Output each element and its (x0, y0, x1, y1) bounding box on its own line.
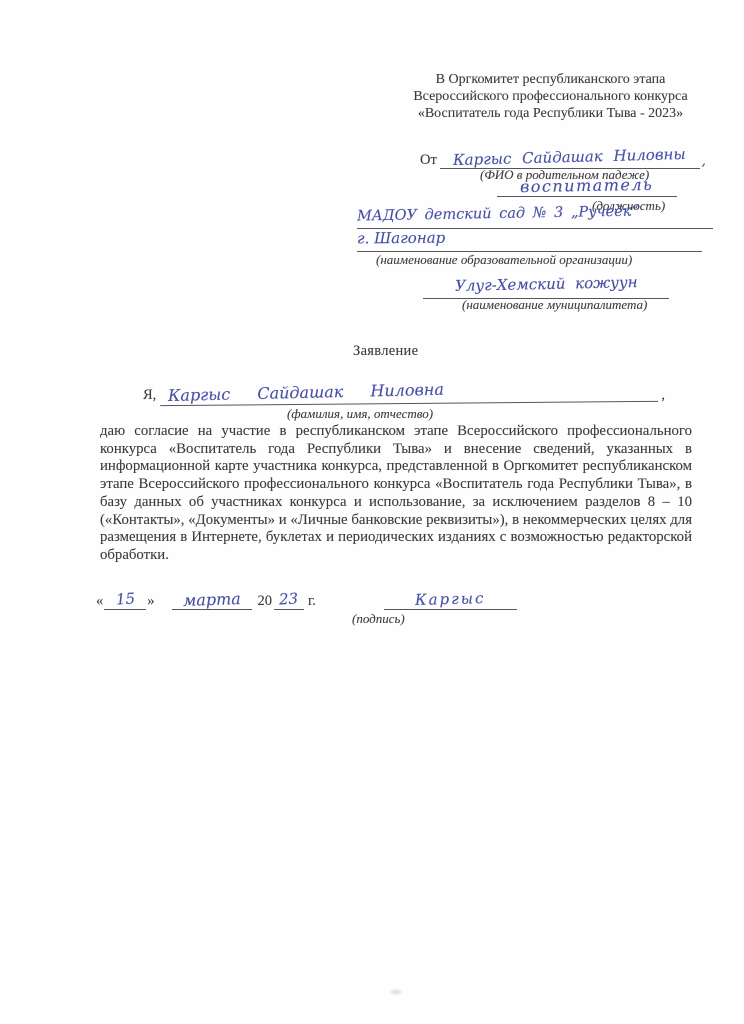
recipient-line-1: В Оргкомитет республиканского этапа (383, 71, 718, 88)
scanned-application-page: В Оргкомитет республиканского этапа Всер… (0, 0, 744, 1024)
signature-field: Каргыс (384, 590, 517, 610)
recipient-line-3: «Воспитатель года Республики Тыва - 2023… (383, 105, 718, 122)
document-title: Заявление (353, 343, 418, 360)
date-signature-row: « 15 » марта 20 23 г. Каргыс (95, 586, 517, 610)
organization-caption: (наименование образовательной организаци… (376, 252, 632, 268)
declarant-fio-caption: (фамилия, имя, отчество) (287, 406, 433, 422)
municipality-handwriting: Улуг-Хемский кожуун (455, 273, 638, 295)
scan-smudge-artifact (388, 988, 404, 996)
date-day-handwriting: 15 (115, 589, 135, 608)
position-field: воспитатель (497, 176, 677, 197)
position-handwriting: воспитатель (520, 175, 654, 196)
date-month-field: марта (172, 590, 252, 610)
organization-field-line2: г. Шагонар (357, 229, 702, 252)
municipality-caption: (наименование муниципалитета) (462, 297, 647, 313)
recipient-header: В Оргкомитет республиканского этапа Всер… (383, 71, 718, 123)
date-year-prefix: 20 (258, 593, 273, 610)
date-close-quote: » (146, 593, 155, 610)
declarant-fio-comma: , (658, 387, 665, 404)
date-year-suffix: г. (308, 593, 316, 610)
organization-handwriting-line2: г. Шагонар (357, 229, 445, 248)
organization-handwriting-line1: МАДОУ детский сад № 3 „Ручеёк“ (357, 204, 639, 225)
consent-paragraph: даю согласие на участие в республиканско… (100, 423, 692, 565)
municipality-field: Улуг-Хемский кожуун (423, 275, 669, 299)
fio-genitive-field: Каргыс Сайдашак Ниловны (440, 148, 700, 169)
organization-field-line1: МАДОУ детский сад № 3 „Ручеёк“ (357, 205, 713, 229)
from-label: От (420, 152, 440, 169)
recipient-line-2: Всероссийского профессионального конкурс… (383, 88, 718, 105)
declarant-fio-handwriting: Каргыс Сайдашак Ниловна (160, 380, 444, 405)
date-year-field: 23 (274, 590, 304, 610)
date-day-field: 15 (104, 590, 146, 610)
date-year-handwriting: 23 (279, 590, 299, 609)
declarant-fio-field: Каргыс Сайдашак Ниловна (160, 380, 658, 406)
date-open-quote: « (95, 593, 104, 610)
declarant-i-label: Я, (143, 387, 160, 404)
fio-genitive-comma: , (700, 153, 706, 169)
from-row: От Каргыс Сайдашак Ниловны , (420, 148, 706, 169)
date-month-handwriting: марта (182, 589, 240, 610)
signature-handwriting: Каргыс (415, 589, 486, 609)
signature-caption: (подпись) (352, 611, 405, 627)
declarant-row: Я, Каргыс Сайдашак Ниловна , (143, 382, 665, 404)
fio-genitive-handwriting: Каргыс Сайдашак Ниловны (453, 145, 686, 169)
